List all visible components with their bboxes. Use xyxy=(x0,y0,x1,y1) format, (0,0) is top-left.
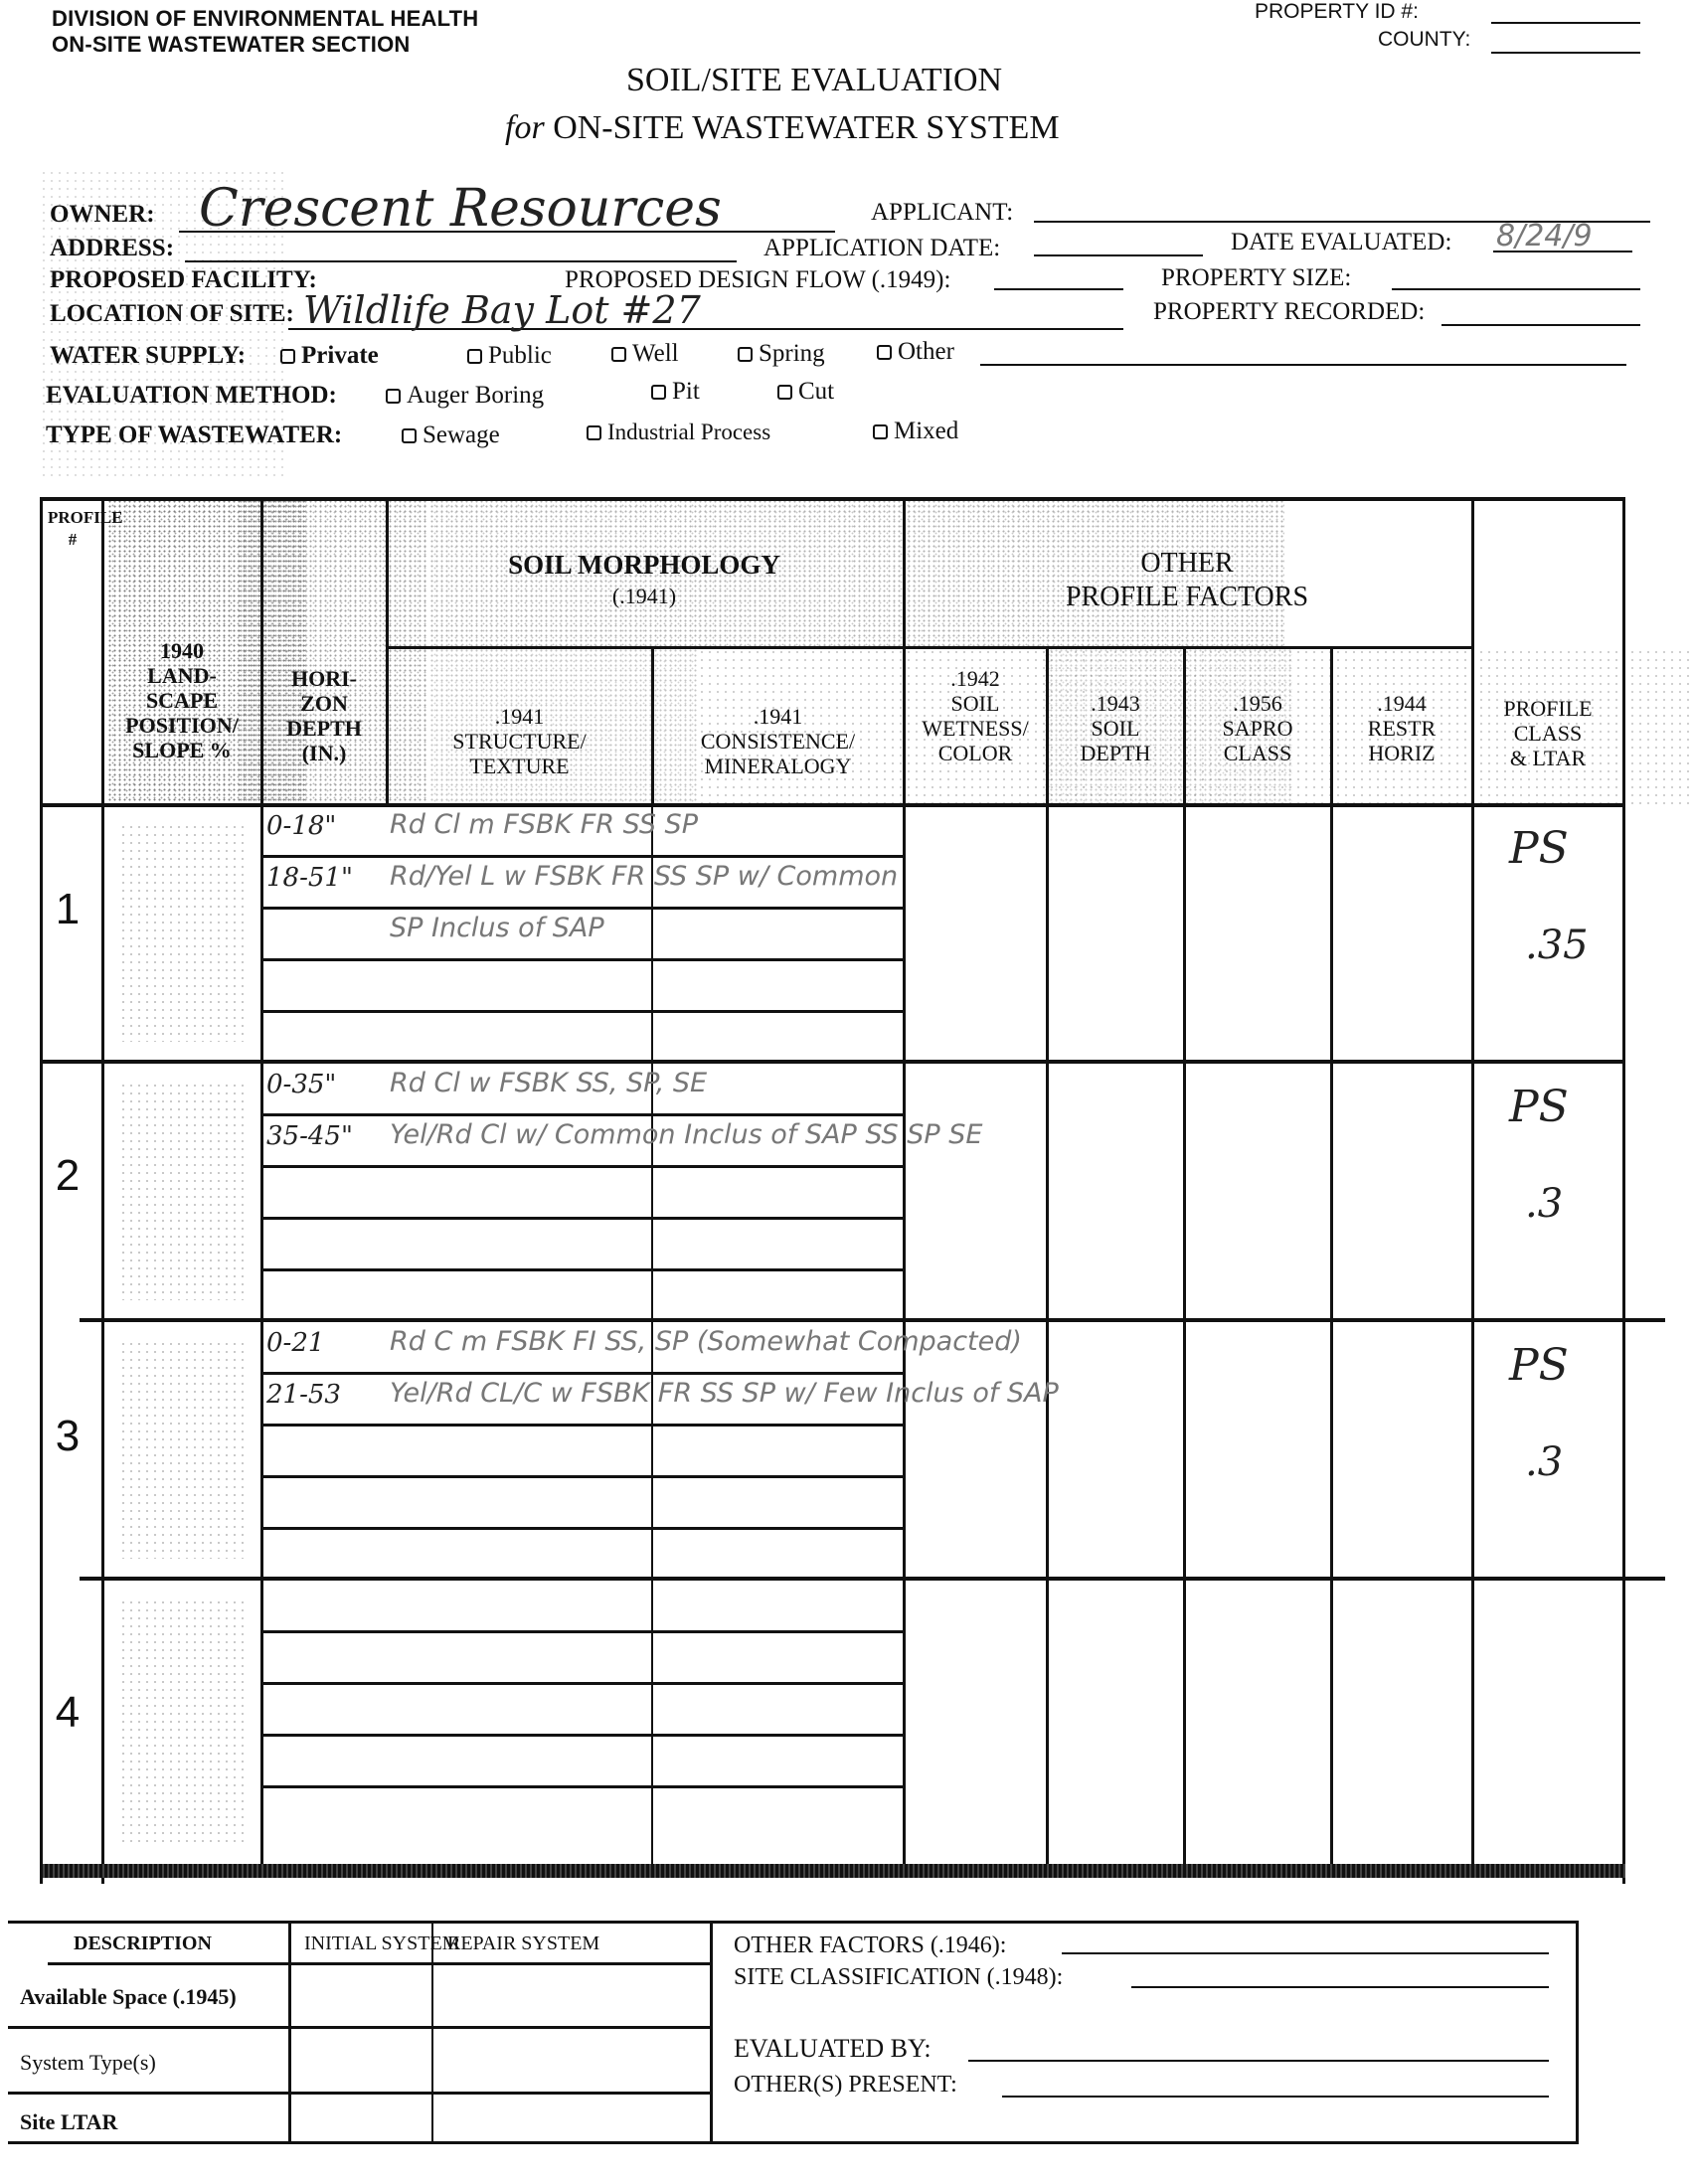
profile-separator xyxy=(80,1318,1665,1322)
address-field[interactable] xyxy=(185,260,737,262)
option-label: Other xyxy=(898,338,954,365)
horizon-header-line: (IN.) xyxy=(262,741,386,765)
header-line: CONSISTENCE/ xyxy=(653,729,903,754)
option-label: Public xyxy=(488,342,552,369)
available-space-label: Available Space (.1945) xyxy=(20,1984,237,2010)
eval-pit[interactable]: Pit xyxy=(651,378,700,406)
horizon-description: Yel/Rd Cl w/ Common Inclus of SAP SS SP … xyxy=(390,1119,982,1150)
site-ltar-label: Site LTAR xyxy=(20,2109,117,2135)
property-size-label: PROPERTY SIZE: xyxy=(1161,264,1351,292)
header-line: DEPTH xyxy=(1048,741,1183,765)
horizon-row-line xyxy=(260,1682,903,1685)
horizon-row-line xyxy=(260,1010,903,1013)
column-line xyxy=(260,1579,263,1867)
header-line: SOIL xyxy=(1048,716,1183,741)
proposed-facility-label: PROPOSED FACILITY: xyxy=(50,266,317,294)
restr-horiz-header: .1944 RESTR HORIZ xyxy=(1332,691,1471,765)
column-line xyxy=(710,1921,713,2144)
site-ltar-initial[interactable] xyxy=(290,2095,431,2141)
horizon-description: Rd C m FSBK FI SS, SP (Somewhat Compacte… xyxy=(390,1326,1022,1357)
landscape-header-line: POSITION/ xyxy=(103,713,260,738)
property-recorded-label: PROPERTY RECORDED: xyxy=(1153,298,1425,326)
landscape-cell[interactable] xyxy=(119,1082,249,1300)
sapro-class-header: .1956 SAPRO CLASS xyxy=(1185,691,1330,765)
water-supply-other-field[interactable] xyxy=(980,364,1626,366)
subtitle-text: ON-SITE WASTEWATER SYSTEM xyxy=(553,109,1059,146)
profile-header: PROFILE # xyxy=(48,507,97,551)
site-ltar-repair[interactable] xyxy=(433,2095,710,2141)
water-supply-public[interactable]: Public xyxy=(467,342,552,370)
owner-value: Crescent Resources xyxy=(199,179,722,239)
repair-system-header: REPAIR SYSTEM xyxy=(447,1932,599,1955)
owner-label: OWNER: xyxy=(50,201,155,229)
eval-auger-boring[interactable]: Auger Boring xyxy=(386,382,544,410)
site-classification-field[interactable] xyxy=(1131,1986,1549,1988)
horizon-depth-value: 18-51" xyxy=(266,863,353,893)
landscape-header: 1940 LAND- SCAPE POSITION/ SLOPE % xyxy=(103,638,260,762)
address-label: ADDRESS: xyxy=(50,235,174,262)
wastewater-type-label: TYPE OF WASTEWATER: xyxy=(46,421,342,449)
column-line xyxy=(1046,646,1049,1869)
horizon-row-line xyxy=(260,1165,903,1168)
other-factors-header: OTHER PROFILE FACTORS xyxy=(903,547,1471,614)
profile-number: 2 xyxy=(48,1151,87,1201)
column-line xyxy=(651,1320,653,1579)
horizon-header-line: HORI- xyxy=(262,666,386,691)
checkbox[interactable] xyxy=(651,385,666,400)
evaluation-method-label: EVALUATION METHOD: xyxy=(46,382,337,410)
soil-wetness-header: .1942 SOIL WETNESS/ COLOR xyxy=(905,666,1046,765)
application-date-field[interactable] xyxy=(1034,254,1203,256)
other-factors-field[interactable] xyxy=(1062,1952,1549,1954)
other-factors-line: PROFILE FACTORS xyxy=(903,581,1471,614)
landscape-header-line: SCAPE xyxy=(103,688,260,713)
system-types-label: System Type(s) xyxy=(20,2050,156,2076)
date-evaluated-value: 8/24/9 xyxy=(1496,219,1593,253)
system-type-repair[interactable] xyxy=(433,2029,710,2092)
checkbox[interactable] xyxy=(280,349,295,364)
application-date-label: APPLICATION DATE: xyxy=(763,235,1000,262)
horizon-row-line xyxy=(260,1734,903,1737)
form-title: SOIL/SITE EVALUATION xyxy=(626,62,1002,99)
property-id-label: PROPERTY ID #: xyxy=(1255,0,1419,24)
horizon-depth-value: 0-21 xyxy=(266,1328,324,1358)
header-line: & LTAR xyxy=(1473,746,1622,770)
form-subtitle: for ON-SITE WASTEWATER SYSTEM xyxy=(505,109,1060,147)
water-supply-spring[interactable]: Spring xyxy=(738,340,825,368)
landscape-header-line: LAND- xyxy=(103,663,260,688)
column-line xyxy=(651,1062,653,1320)
horizon-description: Rd/Yel L w FSBK FR SS SP w/ Common xyxy=(390,861,898,892)
county-field[interactable] xyxy=(1491,52,1640,54)
column-line xyxy=(260,803,263,1062)
evaluated-by-label: EVALUATED BY: xyxy=(734,2034,932,2064)
profile-class-ltar-header: PROFILE CLASS & LTAR xyxy=(1473,696,1622,770)
header-line: TEXTURE xyxy=(388,754,651,778)
column-line xyxy=(651,803,653,1062)
horizon-row-line xyxy=(260,1217,903,1220)
table-border xyxy=(40,497,43,1884)
option-label: Industrial Process xyxy=(607,420,770,444)
agency-line-1: DIVISION OF ENVIRONMENTAL HEALTH xyxy=(52,6,478,32)
horizon-row-line xyxy=(260,1372,903,1375)
structure-texture-header: .1941 STRUCTURE/ TEXTURE xyxy=(388,704,651,778)
checkbox[interactable] xyxy=(738,347,753,362)
option-label: Auger Boring xyxy=(407,382,544,409)
other-factors-label: OTHER FACTORS (.1946): xyxy=(734,1932,1006,1959)
header-line: HORIZ xyxy=(1332,741,1471,765)
profile-ltar-value: .3 xyxy=(1525,1439,1563,1485)
property-size-field[interactable] xyxy=(1392,288,1640,290)
profile-class-value: PS xyxy=(1509,1340,1569,1391)
horizon-row-line xyxy=(260,1113,903,1116)
profile-number: 1 xyxy=(48,885,87,934)
date-evaluated-label: DATE EVALUATED: xyxy=(1231,229,1451,256)
horizon-description: SP Inclus of SAP xyxy=(390,913,604,943)
border xyxy=(8,1921,1579,1924)
column-line xyxy=(1183,646,1186,1869)
profile-separator xyxy=(40,1060,1625,1064)
horizon-depth-value: 35-45" xyxy=(266,1121,353,1151)
border xyxy=(8,2141,1579,2144)
wastewater-mixed[interactable]: Mixed xyxy=(873,418,958,445)
horizon-depth-value: 0-35" xyxy=(266,1070,336,1099)
horizon-row-line xyxy=(260,1424,903,1427)
profile-separator xyxy=(80,1577,1665,1581)
system-type-initial[interactable] xyxy=(290,2029,431,2092)
profile-number: 4 xyxy=(48,1688,87,1738)
header-line: RESTR xyxy=(1332,716,1471,741)
horizon-row-line xyxy=(260,958,903,961)
soil-profile-table: PROFILE # 1940 LAND- SCAPE POSITION/ SLO… xyxy=(40,487,1625,1884)
landscape-cell[interactable] xyxy=(119,823,249,1042)
table-border xyxy=(40,497,1625,501)
column-line xyxy=(651,1579,653,1867)
header-line: PROFILE xyxy=(1473,696,1622,721)
evaluated-by-field[interactable] xyxy=(968,2060,1549,2062)
applicant-label: APPLICANT: xyxy=(871,199,1013,227)
header-line: CLASS xyxy=(1185,741,1330,765)
property-id-field[interactable] xyxy=(1491,22,1640,24)
horizon-row-line xyxy=(260,1785,903,1788)
header-line: .1941 xyxy=(388,704,651,729)
profile-ltar-value: .3 xyxy=(1525,1181,1563,1227)
table-border xyxy=(1622,497,1625,1884)
horizon-row-line xyxy=(260,1527,903,1530)
option-label: Spring xyxy=(759,340,825,367)
available-space-repair[interactable] xyxy=(433,1965,710,2026)
landscape-cell[interactable] xyxy=(119,1340,249,1559)
header-line: .1943 xyxy=(1048,691,1183,716)
option-label: Pit xyxy=(672,378,700,405)
others-present-label: OTHER(S) PRESENT: xyxy=(734,2072,957,2099)
horizon-description: Yel/Rd CL/C w FSBK FR SS SP w/ Few Inclu… xyxy=(390,1378,1059,1409)
horizon-row-line xyxy=(260,1475,903,1478)
horizon-row-line xyxy=(260,855,903,858)
option-label: Well xyxy=(632,340,679,367)
horizon-row-line xyxy=(260,907,903,910)
checkbox[interactable] xyxy=(587,425,601,440)
county-label: COUNTY: xyxy=(1378,28,1470,52)
option-label: Cut xyxy=(798,378,834,405)
checkbox[interactable] xyxy=(873,424,888,439)
site-classification-label: SITE CLASSIFICATION (.1948): xyxy=(734,1964,1063,1991)
water-supply-well[interactable]: Well xyxy=(611,340,679,368)
header-line: .1941 xyxy=(653,704,903,729)
eval-cut[interactable]: Cut xyxy=(777,378,834,406)
header-line: CLASS xyxy=(1473,721,1622,746)
column-line xyxy=(260,1320,263,1579)
header-line: .1956 xyxy=(1185,691,1330,716)
checkbox[interactable] xyxy=(402,428,417,443)
wastewater-industrial[interactable]: Industrial Process xyxy=(587,420,770,445)
horizon-depth-header: HORI- ZON DEPTH (IN.) xyxy=(262,666,386,765)
option-label: Mixed xyxy=(894,418,958,444)
profile-class-value: PS xyxy=(1509,823,1569,874)
location-label: LOCATION OF SITE: xyxy=(50,300,294,328)
other-factors-line: OTHER xyxy=(903,547,1471,581)
horizon-row-line xyxy=(260,1630,903,1633)
design-flow-field[interactable] xyxy=(994,288,1123,290)
table-bottom-band xyxy=(40,1864,1625,1878)
landscape-header-line: 1940 xyxy=(103,638,260,663)
summary-section: DESCRIPTION INITIAL SYSTEM REPAIR SYSTEM… xyxy=(8,1921,1579,2144)
profile-class-value: PS xyxy=(1509,1082,1569,1132)
initial-system-header: INITIAL SYSTEM xyxy=(304,1932,459,1955)
header-line: COLOR xyxy=(905,741,1046,765)
header-divider xyxy=(386,646,1471,649)
border xyxy=(1576,1921,1579,2144)
horizon-description: Rd Cl w FSBK SS, SP, SE xyxy=(390,1068,707,1098)
header-line: SOIL xyxy=(905,691,1046,716)
landscape-header-line: SLOPE % xyxy=(103,738,260,762)
header-line: SAPRO xyxy=(1185,716,1330,741)
checkbox[interactable] xyxy=(877,345,892,360)
soil-depth-header: .1943 SOIL DEPTH xyxy=(1048,691,1183,765)
water-supply-label: WATER SUPPLY: xyxy=(50,342,246,370)
location-value: Wildlife Bay Lot #27 xyxy=(303,288,701,332)
wastewater-sewage[interactable]: Sewage xyxy=(402,421,500,449)
horizon-header-line: DEPTH xyxy=(262,716,386,741)
header-line: .1944 xyxy=(1332,691,1471,716)
option-label: Private xyxy=(301,342,379,369)
horizon-description: Rd Cl m FSBK FR SS SP xyxy=(390,809,698,840)
water-supply-other[interactable]: Other xyxy=(877,338,954,366)
header-bottom xyxy=(40,803,1625,807)
horizon-depth-value: 21-53 xyxy=(266,1380,341,1410)
checkbox[interactable] xyxy=(777,385,792,400)
header-line: STRUCTURE/ xyxy=(388,729,651,754)
soil-morphology-header: SOIL MORPHOLOGY (.1941) xyxy=(386,549,903,612)
horizon-header-line: ZON xyxy=(262,691,386,716)
property-recorded-field[interactable] xyxy=(1441,324,1640,326)
horizon-row-line xyxy=(260,1268,903,1271)
column-line xyxy=(260,1062,263,1320)
landscape-cell[interactable] xyxy=(119,1598,249,1847)
profile-number: 3 xyxy=(48,1412,87,1461)
checkbox[interactable] xyxy=(386,389,401,404)
profile-ltar-value: .35 xyxy=(1525,923,1589,968)
header-line: .1942 xyxy=(905,666,1046,691)
soil-morphology-code: (.1941) xyxy=(386,581,903,612)
subtitle-for: for xyxy=(505,109,545,146)
checkbox[interactable] xyxy=(611,347,626,362)
water-supply-private[interactable]: Private xyxy=(280,342,379,370)
horizon-depth-value: 0-18" xyxy=(266,811,336,841)
others-present-field[interactable] xyxy=(1002,2096,1549,2098)
checkbox[interactable] xyxy=(467,349,482,364)
header-line: MINERALOGY xyxy=(653,754,903,778)
option-label: Sewage xyxy=(423,421,500,448)
consistence-mineralogy-header: .1941 CONSISTENCE/ MINERALOGY xyxy=(653,704,903,778)
header-line: WETNESS/ xyxy=(905,716,1046,741)
description-header: DESCRIPTION xyxy=(74,1932,212,1955)
available-space-initial[interactable] xyxy=(290,1965,431,2026)
agency-line-2: ON-SITE WASTEWATER SECTION xyxy=(52,32,410,58)
column-line xyxy=(1330,646,1333,1869)
soil-morphology-title: SOIL MORPHOLOGY xyxy=(386,549,903,581)
